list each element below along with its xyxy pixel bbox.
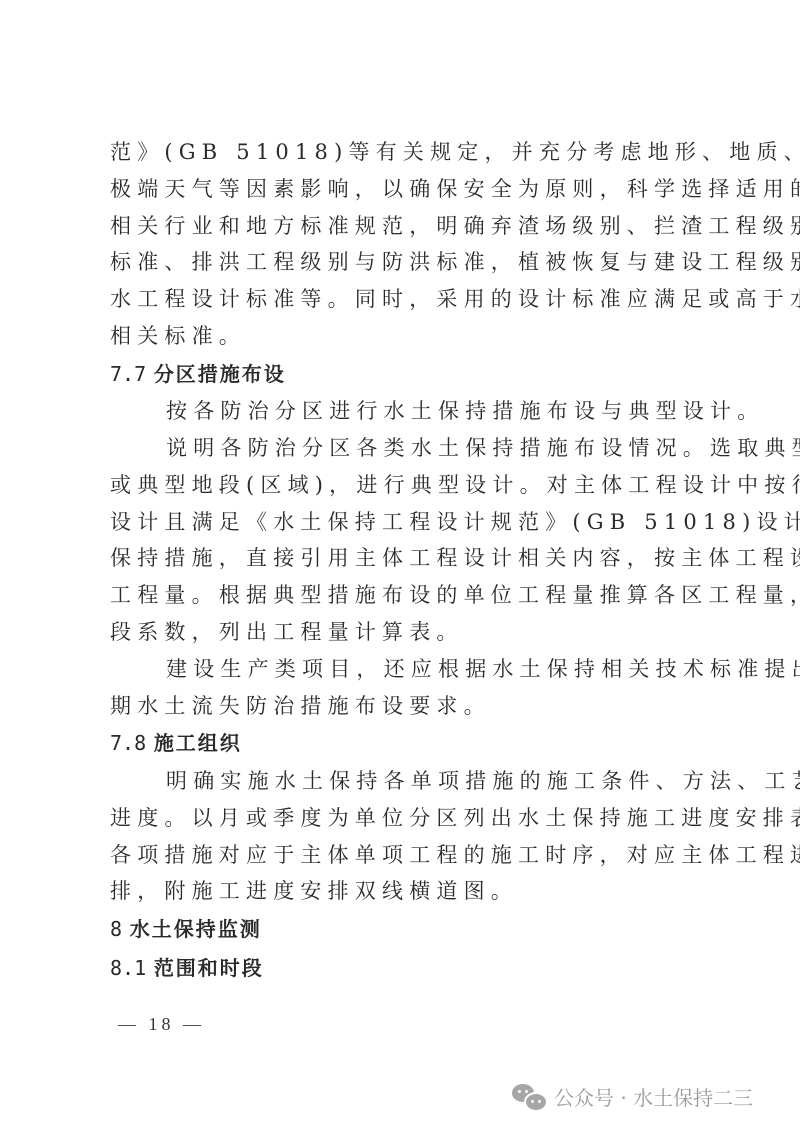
paragraph-line: 说明各防治分区各类水土保持措施布设情况。选取典型措施 [110,430,702,467]
paragraph-line: 明确实施水土保持各单项措施的施工条件、方法、工艺和施工 [110,763,702,800]
paragraph-line: 工程量。根据典型措施布设的单位工程量推算各区工程量，明确阶 [110,577,702,614]
text-line: 范》(GB 51018)等有关规定，并充分考虑地形、地质、气象、水文和 [110,134,702,171]
paragraph-line: 段系数，列出工程量计算表。 [110,614,702,651]
paragraph-line: 排，附施工进度安排双线横道图。 [110,873,702,910]
section-number: 7.7 [110,362,146,386]
section-title: 范围和时段 [154,956,264,980]
watermark-text: 公众号 · 水土保持二三 [554,1082,753,1111]
text-line: 极端天气等因素影响，以确保安全为原则，科学选择适用的国家、 [110,171,702,208]
text-line: 相关行业和地方标准规范，明确弃渣场级别、拦渣工程级别与防洪 [110,208,702,245]
section-number: 7.8 [110,731,146,755]
paragraph-line: 或典型地段(区域)，进行典型设计。对主体工程设计中按行业标准 [110,467,702,504]
paragraph-line: 保持措施，直接引用主体工程设计相关内容，按主体工程设计计列 [110,540,702,577]
text-line: 标准、排洪工程级别与防洪标准，植被恢复与建设工程级别，截排 [110,244,702,281]
section-heading-7-8: 7.8 施工组织 [110,724,702,763]
section-heading-8-1: 8.1 范围和时段 [110,949,702,988]
document-page: 范》(GB 51018)等有关规定，并充分考虑地形、地质、气象、水文和 极端天气… [110,134,702,987]
paragraph-line: 设计且满足《水土保持工程设计规范》(GB 51018)设计标准的水土 [110,504,702,541]
text-line: 相关标准。 [110,318,702,355]
section-title: 分区措施布设 [154,362,286,386]
paragraph-line: 期水土流失防治措施布设要求。 [110,688,702,725]
section-number: 8 [110,917,122,941]
section-heading-8: 8 水土保持监测 [110,910,702,949]
paragraph-line: 各项措施对应于主体单项工程的施工时序，对应主体工程进度安 [110,837,702,874]
watermark: 公众号 · 水土保持二三 [512,1082,753,1111]
paragraph-line: 建设生产类项目，还应根据水土保持相关技术标准提出生产 [110,651,702,688]
wechat-icon [512,1083,546,1111]
section-number: 8.1 [110,956,146,980]
section-title: 水土保持监测 [130,917,262,941]
section-title: 施工组织 [154,731,242,755]
text-line: 水工程设计标准等。同时，采用的设计标准应满足或高于水土保持 [110,281,702,318]
section-heading-7-7: 7.7 分区措施布设 [110,355,702,394]
page-number: — 18 — [118,1014,205,1035]
paragraph-line: 按各防治分区进行水土保持措施布设与典型设计。 [110,393,702,430]
paragraph-line: 进度。以月或季度为单位分区列出水土保持施工进度安排表，明确 [110,800,702,837]
